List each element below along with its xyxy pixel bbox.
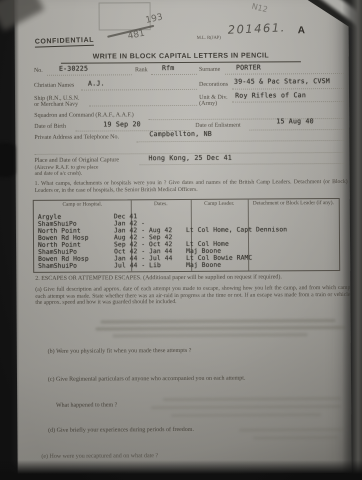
- capture-value: Hong Kong, 25 Dec 41: [148, 154, 231, 163]
- no-label: No.: [34, 68, 43, 75]
- reference-label: M.L. R(JAP): [197, 35, 221, 40]
- binder-clip-shadow: [0, 143, 15, 177]
- capture-note-line2: and date of a/c crash).: [35, 171, 82, 178]
- christian-names-value: A.J.: [88, 79, 105, 87]
- photo-bottom-edge: [0, 460, 362, 480]
- capture-line: [140, 162, 345, 165]
- camp-table: Camp or Hospital. Dates. Camp Leader. De…: [33, 198, 340, 273]
- no-field-line: [47, 73, 132, 76]
- bleed-through-line: [171, 413, 321, 417]
- reference-suffix: A: [298, 25, 305, 36]
- bleed-through-line: [253, 436, 338, 440]
- bleed-through-line: [96, 326, 346, 331]
- christian-names-label: Christian Names: [34, 83, 74, 90]
- rank-value: Rfm: [162, 64, 175, 72]
- enlistment-label: Date of Enlistment: [195, 123, 240, 130]
- squadron-label: Squadron and Command (R.A.F., A.A.F.): [34, 112, 134, 119]
- christian-names-line: [81, 88, 197, 91]
- question-1-text: 1. What camps, detachments or hospitals …: [35, 179, 348, 194]
- rank-field-line: [151, 73, 197, 75]
- form-content: 193 481 N12 CONFIDENTIAL M.L. R(JAP) 201…: [0, 0, 362, 480]
- unit-line: [232, 100, 344, 103]
- decorations-value: 39-45 & Pac Stars, CVSM: [234, 77, 330, 86]
- table-row: ShamShuiPoJul 44 - LibMaj Boone: [38, 261, 336, 270]
- surname-value: PORTER: [236, 64, 261, 72]
- bleed-through-line: [100, 319, 335, 323]
- squadron-line: [148, 117, 344, 120]
- surname-field-line: [225, 72, 344, 75]
- form-title: WRITE IN BLOCK CAPITAL LETTERS IN PENCIL: [61, 52, 301, 63]
- photo-left-edge: [0, 0, 19, 480]
- bleed-through-line: [239, 428, 344, 432]
- ship-line: [89, 104, 197, 107]
- dob-value: 19 Sep 20: [103, 120, 141, 128]
- no-value: E-30225: [59, 65, 88, 73]
- section-2c-followup-text: What happened to them ?: [56, 402, 206, 410]
- address-value: Campbellton, NB: [149, 130, 212, 138]
- enlistment-value: 15 Aug 40: [276, 117, 314, 125]
- decorations-label: Decorations: [199, 82, 228, 89]
- ship-label-line2: or Merchant Navy: [34, 102, 78, 109]
- section-2-heading: 2. ESCAPES OR ATTEMPTED ESCAPES. (Additi…: [35, 274, 348, 283]
- section-2b-text: (b) Were you physically fit when you mad…: [48, 347, 328, 355]
- section-2c-text: (c) Give Regimental particulars of anyon…: [48, 375, 338, 383]
- pencil-fraction-numerator: 193: [145, 12, 164, 25]
- capture-label: Place and Date of Original Capture: [34, 157, 119, 164]
- pencil-fraction-denominator: 481: [127, 29, 146, 42]
- reference-number-handwritten: 201461.: [227, 20, 286, 36]
- address-label: Private Address and Telephone No.: [34, 134, 119, 141]
- confidential-stamp: CONFIDENTIAL: [35, 37, 95, 48]
- document-photo: 193 481 N12 CONFIDENTIAL M.L. R(JAP) 201…: [0, 0, 362, 480]
- enlistment-line: [249, 128, 344, 131]
- pencil-corner-note: N12: [251, 2, 269, 15]
- bleed-through-line: [163, 397, 341, 401]
- dob-label: Date of Birth: [34, 124, 66, 131]
- unit-label-line2: (Army): [199, 101, 217, 108]
- rank-label: Rank: [135, 67, 148, 74]
- unit-value: Roy Rifles of Can: [235, 91, 306, 99]
- decorations-line: [232, 87, 344, 90]
- photo-right-edge: [342, 0, 362, 480]
- table-header-detachment: Detachment or Block Leader (if any).: [248, 199, 339, 213]
- bleed-through-line: [113, 333, 308, 337]
- surname-label: Surname: [199, 67, 220, 74]
- section-2a-text: (a) Give full description and approx. da…: [35, 285, 350, 307]
- table-header-camp: Camp or Hospital.: [34, 200, 131, 214]
- table-header-dates: Dates.: [131, 200, 191, 213]
- address-line: [136, 139, 344, 142]
- table-header-leader: Camp Leader.: [191, 200, 248, 213]
